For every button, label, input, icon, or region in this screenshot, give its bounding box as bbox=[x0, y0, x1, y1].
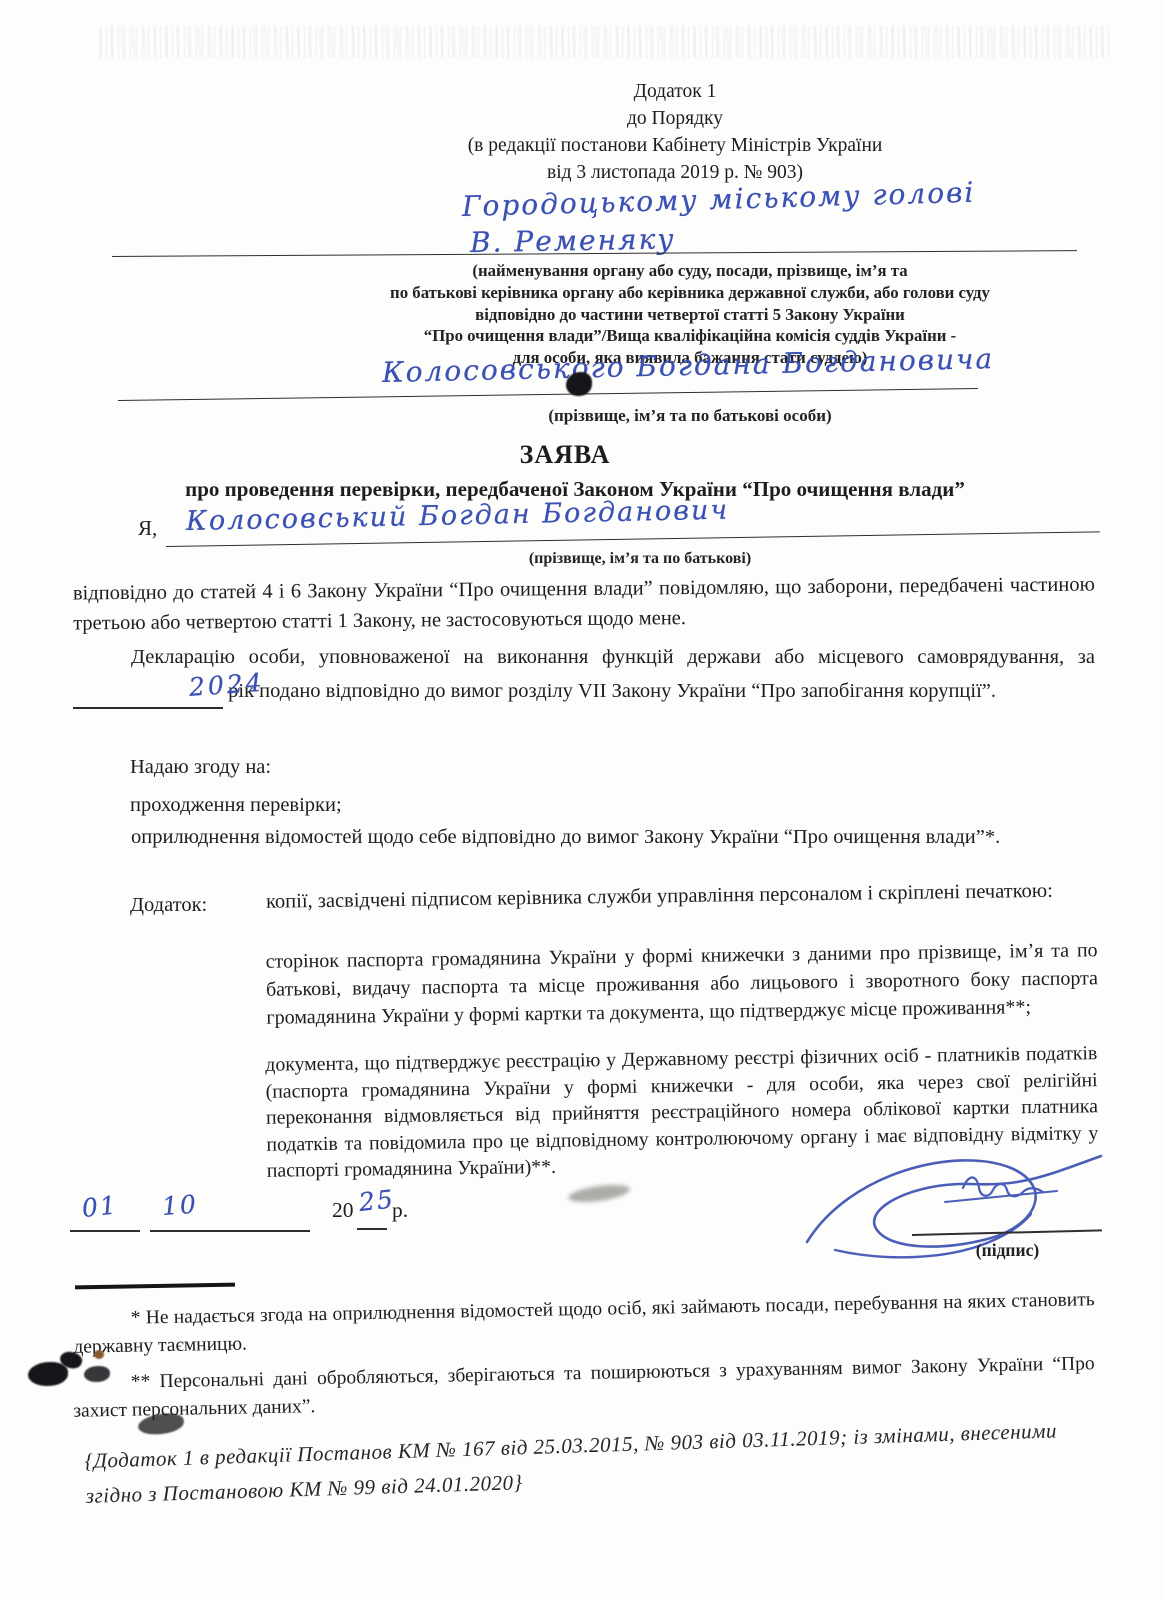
consent-intro: Надаю згоду на: bbox=[130, 752, 271, 782]
footnote-divider bbox=[75, 1283, 235, 1290]
attachment-item-passport: сторінок паспорта громадянина України у … bbox=[265, 936, 1098, 1032]
paragraph-prohibitions: відповідно до статей 4 і 6 Закону Україн… bbox=[73, 570, 1095, 639]
ink-blot bbox=[84, 1366, 110, 1382]
date-year-underline bbox=[357, 1228, 387, 1230]
footnote-personal-data: ** Персональні дані обробляються, зберіг… bbox=[73, 1350, 1096, 1426]
declarant-prefix: Я, bbox=[138, 516, 157, 541]
scan-smudge bbox=[567, 1182, 630, 1205]
consent-item-check: проходження перевірки; bbox=[130, 790, 342, 820]
date-year-handwritten: 25 bbox=[357, 1184, 396, 1217]
year-slot: 2024 bbox=[73, 673, 223, 709]
signature-caption: (підпис) bbox=[915, 1240, 1100, 1261]
date-month-handwritten: 10 bbox=[161, 1190, 199, 1221]
consent-item-publication: оприлюднення відомостей щодо себе відпов… bbox=[73, 822, 1095, 852]
ink-blot bbox=[94, 1350, 104, 1359]
person-name-underline bbox=[118, 388, 978, 401]
paragraph-declaration-after: рік подано відповідно до вимог розділу V… bbox=[228, 680, 996, 702]
scan-noise-band bbox=[100, 26, 1110, 58]
date-suffix: р. bbox=[392, 1198, 408, 1223]
attachment-intro: копії, засвідчені підписом керівника слу… bbox=[266, 876, 1098, 917]
scanned-document-page: Додаток 1 до Порядку (в редакції постано… bbox=[0, 0, 1163, 1600]
legal-revision-note: {Додаток 1 в редакції Постанов КМ № 167 … bbox=[84, 1412, 1101, 1514]
addressee-caption-line: по батькові керівника органу або керівни… bbox=[320, 282, 1060, 304]
paragraph-declaration: Декларацію особи, уповноваженої на викон… bbox=[73, 642, 1095, 709]
appendix-header: Додаток 1 до Порядку (в редакції постано… bbox=[330, 78, 1020, 186]
declarant-caption: (прізвище, ім’я та по батькові) bbox=[380, 550, 900, 568]
footnote-secrecy: * Не надається згода на оприлюднення від… bbox=[73, 1286, 1096, 1362]
date-century: 20 bbox=[332, 1198, 354, 1223]
ink-blot bbox=[566, 372, 592, 396]
appendix-header-line: Додаток 1 bbox=[330, 78, 1020, 105]
date-day-handwritten: 01 bbox=[80, 1190, 119, 1223]
paragraph-declaration-before: Декларацію особи, уповноваженої на викон… bbox=[131, 646, 1095, 668]
attachment-label: Додаток: bbox=[130, 890, 207, 920]
person-name-caption: (прізвище, ім’я та по батькові особи) bbox=[330, 406, 1050, 426]
appendix-header-line: до Порядку bbox=[330, 105, 1020, 132]
date-month-underline bbox=[150, 1230, 310, 1232]
ink-blot bbox=[28, 1362, 68, 1386]
document-title: ЗАЯВА bbox=[0, 440, 1130, 470]
date-day-underline bbox=[70, 1230, 140, 1232]
appendix-header-line: (в редакції постанови Кабінету Міністрів… bbox=[330, 132, 1020, 159]
addressee-caption-line: відповідно до частини четвертої статті 5… bbox=[320, 304, 1060, 326]
addressee-caption-line: (найменування органу або суду, посади, п… bbox=[320, 260, 1060, 282]
